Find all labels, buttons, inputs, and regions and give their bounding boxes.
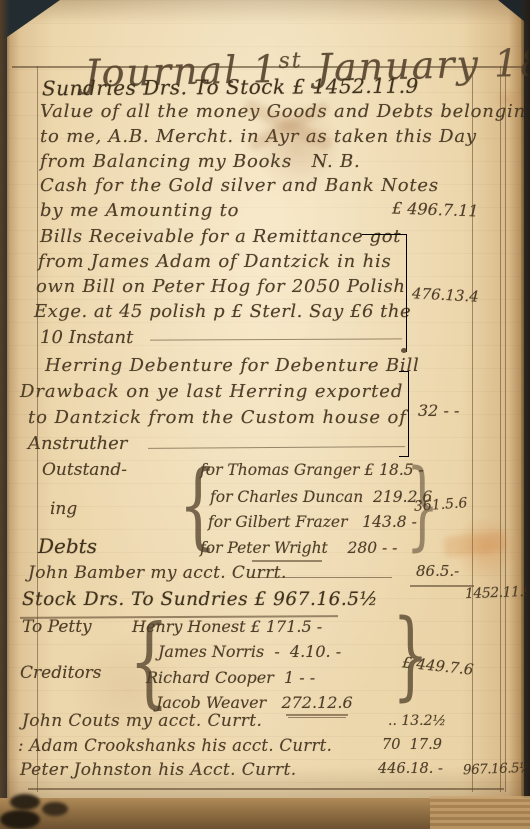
photo-edge-left: [0, 0, 10, 829]
weaver-underline-2: [288, 717, 346, 718]
page-stack-bottom-right: [430, 796, 530, 829]
header-rule: [12, 66, 522, 68]
outstanding-item-2: for Charles Duncan 219.2.6: [210, 489, 432, 506]
entry-herring-line2: Drawback on ye last Herring exported: [20, 382, 403, 402]
entry-bills-line3: own Bill on Peter Hog for 2050 Polish: [36, 277, 406, 297]
amount-bamber: 86.5.-: [416, 563, 459, 580]
outstanding-item-3: for Gilbert Frazer 143.8 -: [208, 514, 417, 531]
title-superscript: st: [278, 48, 303, 74]
entry-cash-line1: Cash for the Gold silver and Bank Notes: [40, 176, 439, 196]
entry-herring-line1: Herring Debenture for Debenture Bill: [45, 356, 420, 376]
amount-couts: .. 13.2½: [388, 714, 446, 729]
outstanding-label-top: Outstand-: [42, 461, 127, 480]
footer-rule: [28, 788, 504, 790]
outstanding-label-bottom: Debts: [38, 535, 97, 557]
total-column-rule-1: [500, 66, 501, 792]
frayed-edge-blob-1: [10, 794, 40, 810]
amount-bills: 476.13.4: [412, 285, 480, 305]
petty-label-bottom: Creditors: [20, 664, 101, 683]
weaver-underline-1: [286, 714, 348, 716]
photo-edge-right: [521, 0, 530, 829]
entry-sundries-line1: Sundries Drs. To Stock £ 1452.11.9: [42, 75, 419, 100]
herring-bracket: [399, 371, 409, 457]
entry-herring-line4: Anstruther: [28, 434, 127, 454]
petty-item-3: Richard Cooper 1 - -: [146, 669, 315, 687]
crookshanks-line: : Adam Crookshanks his acct. Currt.: [18, 737, 332, 755]
money-column-rule: [472, 66, 473, 792]
outstanding-item-4: for Peter Wright 280 - -: [200, 540, 397, 557]
petty-item-1: Henry Honest £ 171.5 -: [132, 618, 322, 636]
entry-cash-line2: by me Amounting to: [40, 201, 239, 221]
amount-crookshanks: 70 17.9: [382, 738, 442, 754]
bamber-line: John Bamber my acct. Currt.: [28, 564, 287, 583]
amount-cash: £ 496.7.11: [392, 199, 479, 220]
entry-bills-line5: 10 Instant: [40, 328, 133, 348]
outstanding-label-mid: ing: [50, 500, 77, 519]
bamber-dash: [248, 577, 392, 578]
amount-johnston: 446.18. -: [378, 762, 443, 778]
entry-stock-cr-line1: Stock Drs. To Sundries £ 967.16.5½: [22, 590, 378, 610]
bills-bracket: [362, 234, 407, 352]
couts-line: John Couts my acct. Currt.: [22, 712, 262, 731]
bills-bracket-end: [401, 348, 407, 353]
entry-sundries-line4: from Balancing my Books N. B.: [40, 152, 361, 172]
entry-bills-line1: Bills Receivable for a Remittance got: [40, 227, 401, 247]
entry-bills-line4: Exge. at 45 polish p £ Sterl. Say £6 the: [34, 302, 411, 322]
frayed-edge-blob-2: [42, 802, 68, 816]
johnston-line: Peter Johnston his Acct. Currt.: [20, 761, 297, 780]
petty-item-4: Jacob Weaver 272.12.6: [156, 694, 353, 712]
total-column-rule-2: [505, 66, 506, 792]
petty-label-top: To Petty: [22, 618, 92, 637]
outstanding-item-1: for Thomas Granger £ 18.5 -: [200, 462, 424, 479]
left-margin-rule: [37, 66, 38, 792]
amount-herring: 32 - -: [418, 402, 459, 420]
petty-item-2: James Norris - 4.10. -: [158, 643, 341, 661]
entry-herring-line3: to Dantzick from the Custom house of: [28, 408, 407, 428]
total-credit-column: 967.16.5½: [463, 761, 530, 778]
frayed-edge-blob-3: [0, 810, 40, 829]
entry-bills-line2: from James Adam of Dantzick in his: [38, 252, 392, 272]
journal-photo: Journal 1st January 1835 Sundries Drs. T…: [0, 0, 530, 829]
wright-amount-underline: [252, 560, 322, 562]
